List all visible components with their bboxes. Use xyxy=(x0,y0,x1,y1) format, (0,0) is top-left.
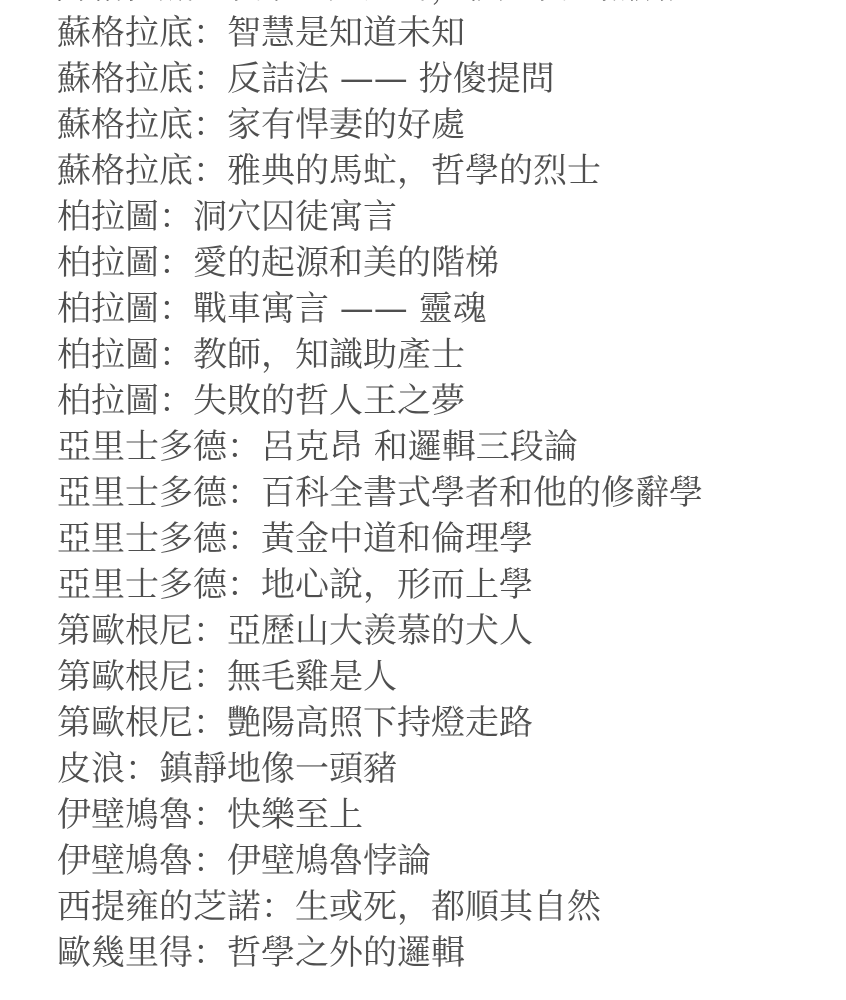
list-line: 蘇格拉底：家有悍妻的好處 xyxy=(0,102,846,148)
list-line: 亞里士多德：黃金中道和倫理學 xyxy=(0,516,846,562)
list-line: 柏拉圖：教師，知識助產士 xyxy=(0,332,846,378)
clipped-top-line: 蘇格拉底：我唯一知道的，就是我一無所知 xyxy=(0,0,846,10)
list-line: 亞里士多德：呂克昂 和邏輯三段論 xyxy=(0,424,846,470)
document-page: 蘇格拉底：我唯一知道的，就是我一無所知 蘇格拉底：智慧是知道未知 蘇格拉底：反詰… xyxy=(0,0,846,1000)
list-line: 蘇格拉底：智慧是知道未知 xyxy=(0,10,846,56)
list-line: 柏拉圖：洞穴囚徒寓言 xyxy=(0,194,846,240)
list-line: 柏拉圖：愛的起源和美的階梯 xyxy=(0,240,846,286)
list-line: 第歐根尼：無毛雞是人 xyxy=(0,654,846,700)
list-line: 伊壁鳩魯：伊壁鳩魯悖論 xyxy=(0,838,846,884)
list-line: 皮浪：鎮靜地像一頭豬 xyxy=(0,746,846,792)
list-line: 柏拉圖：失敗的哲人王之夢 xyxy=(0,378,846,424)
list-line: 伊壁鳩魯：快樂至上 xyxy=(0,792,846,838)
list-line: 第歐根尼：亞歷山大羨慕的犬人 xyxy=(0,608,846,654)
list-line: 第歐根尼：艷陽高照下持燈走路 xyxy=(0,700,846,746)
list-line: 柏拉圖：戰車寓言 —— 靈魂 xyxy=(0,286,846,332)
list-line: 西提雍的芝諾：生或死，都順其自然 xyxy=(0,884,846,930)
list-line: 亞里士多德：地心說，形而上學 xyxy=(0,562,846,608)
list-line: 亞里士多德：百科全書式學者和他的修辭學 xyxy=(0,470,846,516)
list-line: 蘇格拉底：雅典的馬虻，哲學的烈士 xyxy=(0,148,846,194)
philosophy-topics-list: 蘇格拉底：我唯一知道的，就是我一無所知 蘇格拉底：智慧是知道未知 蘇格拉底：反詰… xyxy=(0,0,846,976)
list-line: 歐幾里得：哲學之外的邏輯 xyxy=(0,930,846,976)
list-line: 蘇格拉底：反詰法 —— 扮傻提問 xyxy=(0,56,846,102)
